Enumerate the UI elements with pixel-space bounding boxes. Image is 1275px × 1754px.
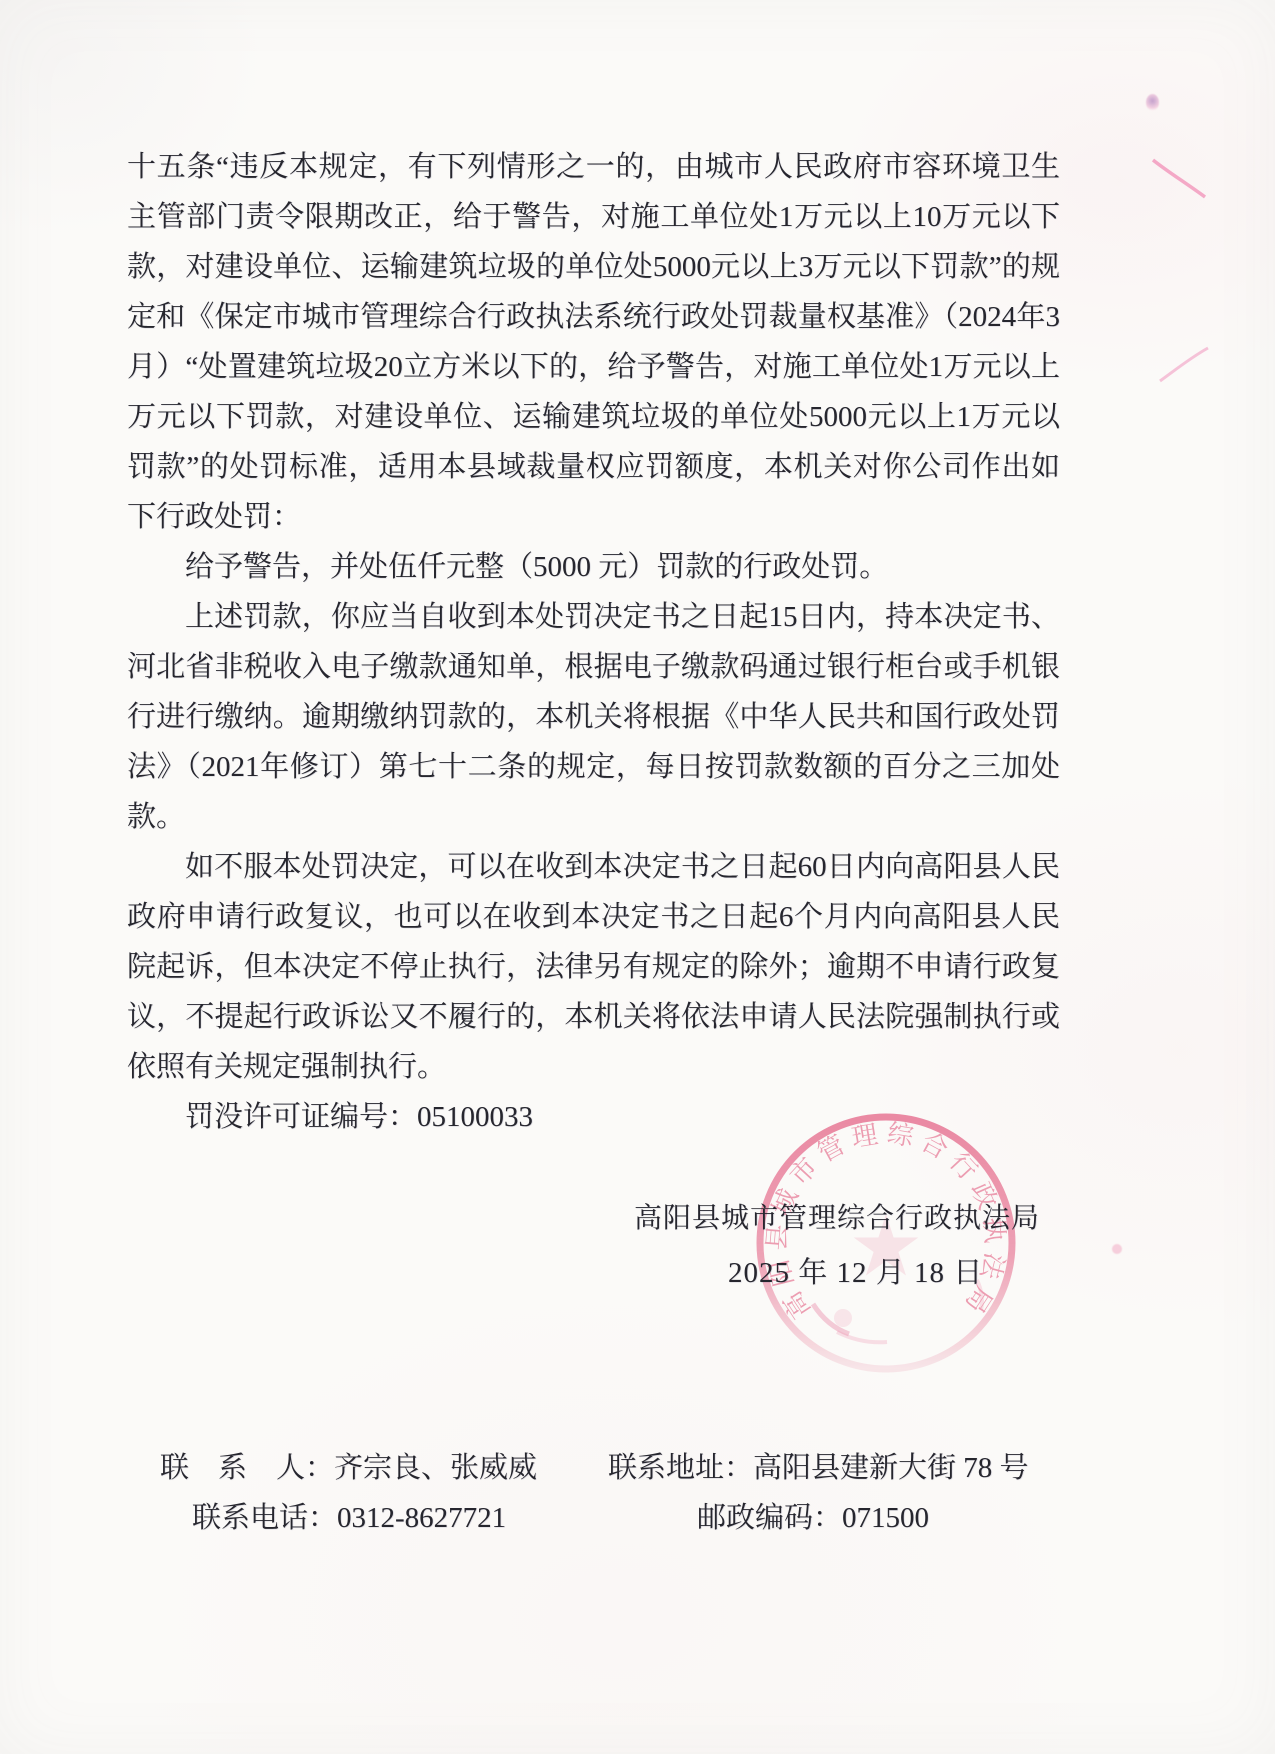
body-line: 依照有关规定强制执行。 (127, 1042, 1060, 1092)
contact-person: 联 系 人：齐宗良、张威威 (160, 1448, 537, 1488)
body-line: 议，不提起行政诉讼又不履行的，本机关将依法申请人民法院强制执行或 (127, 992, 1060, 1042)
issuing-authority: 高阳县城市管理综合行政执法局 (127, 1198, 1040, 1240)
body-line: 河北省非税收入电子缴款通知单，根据电子缴款码通过银行柜台或手机银 (127, 642, 1060, 692)
body-line: 定和《保定市城市管理综合行政执法系统行政处罚裁量权基准》（2024年3 (127, 292, 1060, 342)
body-line: 院起诉，但本决定不停止执行，法律另有规定的除外；逾期不申请行政复 (127, 942, 1060, 992)
body-line: 给予警告，并处伍仟元整（5000 元）罚款的行政处罚。 (127, 542, 1060, 592)
scan-artifact (1158, 345, 1210, 385)
body-line: 万元以下罚款，对建设单位、运输建筑垃圾的单位处5000元以上1万元以下 (127, 392, 1060, 442)
body-line: 法》（2021年修订）第七十二条的规定，每日按罚款数额的百分之三加处罚 (127, 742, 1060, 792)
contact-phone: 联系电话：0312-8627721 (192, 1498, 506, 1538)
body-line: 上述罚款，你应当自收到本处罚决定书之日起15日内，持本决定书、 (127, 592, 1060, 642)
body-line: 款。 (127, 792, 1060, 842)
body-line: 行进行缴纳。逾期缴纳罚款的，本机关将根据《中华人民共和国行政处罚 (127, 692, 1060, 742)
body-line: 下行政处罚： (127, 492, 1060, 542)
seal-ink-smudge (837, 1332, 887, 1342)
body-line: 如不服本处罚决定，可以在收到本决定书之日起60日内向高阳县人民 (127, 842, 1060, 892)
official-seal: 高阳县城市管理综合行政执法局 (751, 1108, 1021, 1378)
body-line: 政府申请行政复议，也可以在收到本决定书之日起6个月内向高阳县人民法 (127, 892, 1060, 942)
contact-postcode: 邮政编码：071500 (697, 1498, 929, 1538)
scan-artifact (1112, 1244, 1122, 1254)
scanned-penalty-decision-page: 十五条“违反本规定，有下列情形之一的，由城市人民政府市容环境卫生主管部门责令限期… (0, 0, 1275, 1754)
body-line: 十五条“违反本规定，有下列情形之一的，由城市人民政府市容环境卫生 (127, 142, 1060, 192)
body-line: 主管部门责令限期改正，给于警告，对施工单位处1万元以上10万元以下罚 (127, 192, 1060, 242)
contact-address: 联系地址：高阳县建新大街 78 号 (608, 1448, 1029, 1488)
decision-date: 2025 年 12 月 18 日 (728, 1252, 983, 1294)
body-line: 月）“处置建筑垃圾20立方米以下的，给予警告，对施工单位处1万元以上3 (127, 342, 1060, 392)
seal-ink-smudge (834, 1309, 852, 1327)
body-line: 罚款”的处罚标准，适用本县域裁量权应罚额度，本机关对你公司作出如 (127, 442, 1060, 492)
body-text: 十五条“违反本规定，有下列情形之一的，由城市人民政府市容环境卫生主管部门责令限期… (127, 142, 1060, 1142)
scan-artifact (1146, 94, 1159, 111)
scan-artifact (1150, 155, 1208, 201)
body-line: 款，对建设单位、运输建筑垃圾的单位处5000元以上3万元以下罚款”的规 (127, 242, 1060, 292)
